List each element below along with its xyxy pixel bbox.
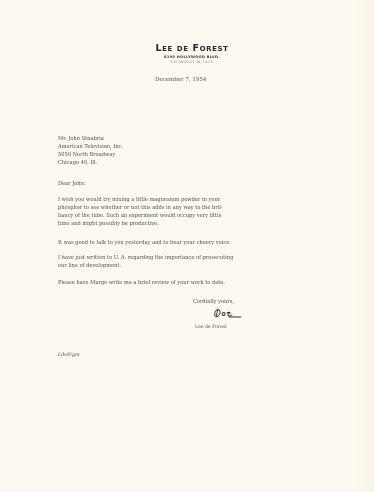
body-line: I wish you would try mixing a little mag… [58,196,223,204]
reference-initials: LdeF/gm [58,353,80,358]
body-paragraph-1: I wish you would try mixing a little mag… [58,196,223,228]
recipient-line: American Television, Inc. [58,143,123,151]
recipient-line: 5050 North Broadway [58,151,123,159]
body-line: time and might possibly be productive. [58,220,223,228]
paper-edge-shading [356,0,374,492]
body-paragraph-2: It was good to talk to you yesterday and… [58,239,231,247]
body-line: phosphor to see whether or not this adds… [58,204,223,212]
body-paragraph-4: Please have Marge write me a brief revie… [58,279,225,287]
body-paragraph-3: I have just written to U. A. regarding t… [58,254,233,270]
body-line: I have just written to U. A. regarding t… [58,254,233,262]
body-line: It was good to talk to you yesterday and… [58,239,231,247]
body-line: Please have Marge write me a brief revie… [58,279,225,287]
signature-doc [212,307,242,319]
letterhead: Lee de Forest 8190 HOLLYWOOD BLVD. LOS A… [0,44,374,65]
salutation: Dear John: [58,180,86,188]
body-line: our line of development. [58,262,233,270]
body-line: liancy of the tube. Such an experiment w… [58,212,223,220]
recipient-line: Chicago 40, Ill. [58,159,123,167]
letter-date: December 7, 1954 [155,77,206,83]
recipient-address: Mr. John Stnabria American Television, I… [58,135,123,167]
closing: Cordially yours, [193,298,234,306]
letterhead-name: Lee de Forest [10,44,374,54]
letter-page: Lee de Forest 8190 HOLLYWOOD BLVD. LOS A… [0,0,374,492]
letterhead-address-line2: LOS ANGELES 46, CALIF. [10,60,374,65]
recipient-line: Mr. John Stnabria [58,135,123,143]
typed-signature-name: Lee de Forest [195,325,227,330]
